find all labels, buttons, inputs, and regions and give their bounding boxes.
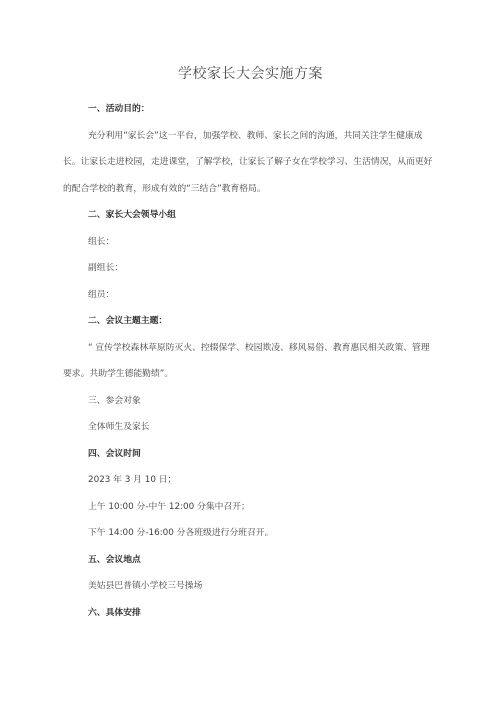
para-meeting-date: 2023 年 3 月 10 日； <box>63 467 438 494</box>
para-attendees: 全体师生及家长 <box>63 414 438 441</box>
label-group-leader: 组长： <box>63 229 438 256</box>
document-page: 学校家长大会实施方案 一、活动目的： 充分利用“家长会”这一平台，加强学校、教师… <box>0 0 500 707</box>
para-meeting-theme: “ 宣传学校森林草原防灭火、控辍保学、校园欺凌、移风易俗、教育惠民相关政策、管理… <box>63 335 438 388</box>
para-meeting-venue: 美姑县巴普镇小学校三号操场 <box>63 573 438 600</box>
document-title: 学校家长大会实施方案 <box>63 63 438 85</box>
heading-specific-arrangements: 六、具体安排 <box>63 600 438 627</box>
para-activity-purpose: 充分利用“家长会”这一平台，加强学校、教师、家长之间的沟通，共同关注学生健康成 … <box>63 123 438 203</box>
heading-attendees: 三、参会对象 <box>63 388 438 415</box>
heading-leadership-group: 二、家长大会领导小组 <box>63 202 438 229</box>
heading-activity-purpose: 一、活动目的： <box>63 96 438 123</box>
para-afternoon-session: 下午 14:00 分-16:00 分各班级进行分班召开。 <box>63 520 438 547</box>
label-group-members: 组员： <box>63 282 438 309</box>
para-morning-session: 上午 10:00 分-中午 12:00 分集中召开； <box>63 494 438 521</box>
heading-meeting-theme: 二、会议主题主题： <box>63 308 438 335</box>
label-deputy-group-leader: 副组长： <box>63 255 438 282</box>
document-body: 一、活动目的： 充分利用“家长会”这一平台，加强学校、教师、家长之间的沟通，共同… <box>63 96 438 626</box>
heading-meeting-time: 四、会议时间 <box>63 441 438 468</box>
heading-meeting-venue: 五、会议地点 <box>63 547 438 574</box>
